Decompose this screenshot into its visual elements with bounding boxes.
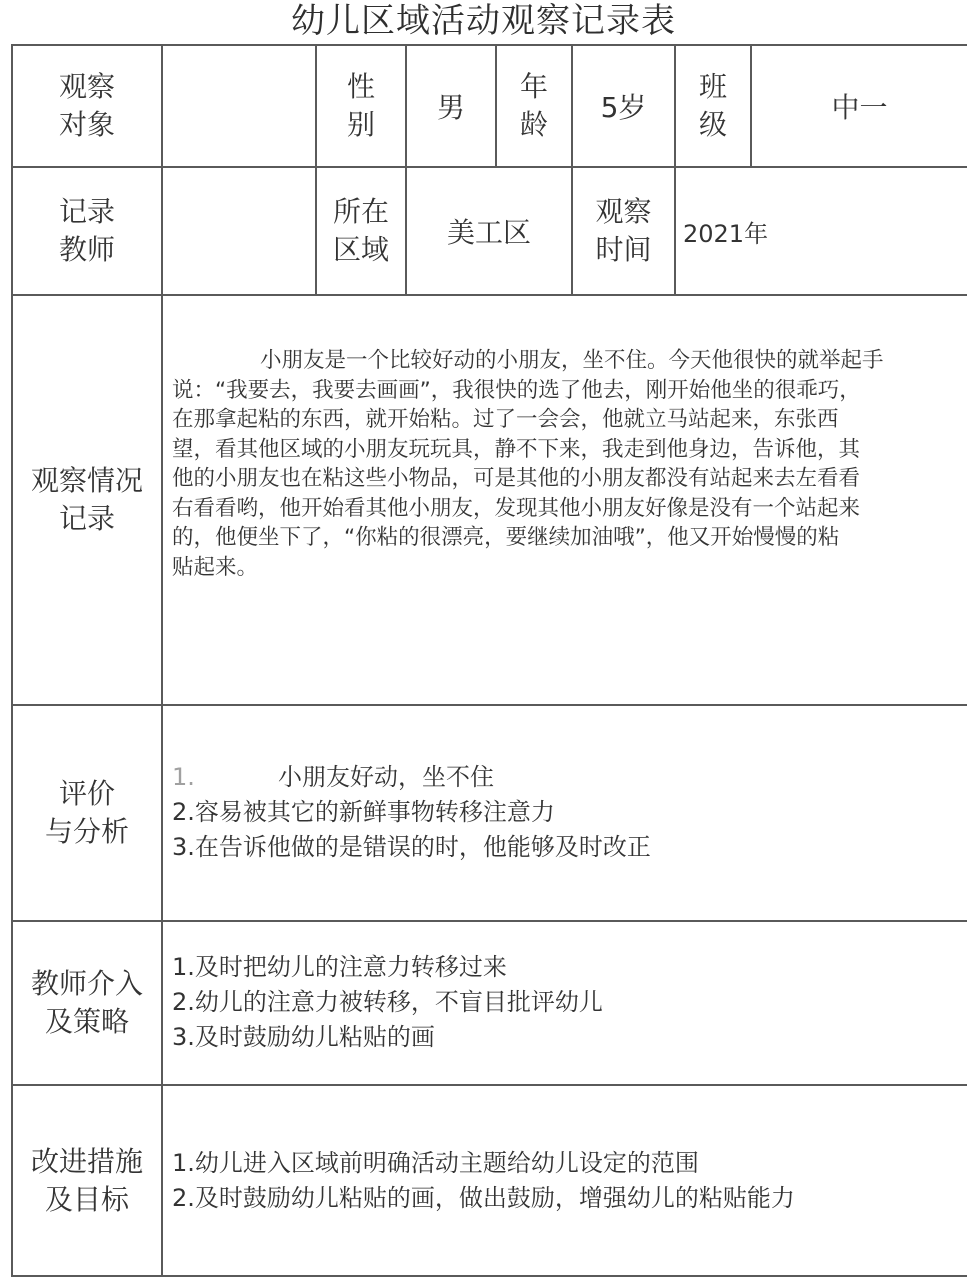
observation-line: 在那拿起粘的东西，就开始粘。过了一会会，他就立马站起来，东张西 [172,405,967,435]
area-label: 所在 区域 [317,168,405,294]
observation-line: 右看看哟，他开始看其他小朋友，发现其他小朋友好像是没有一个站起来 [172,494,967,524]
subject-value [163,46,315,166]
item-number: 1. [172,760,278,795]
time-value: 2021年 [683,168,963,294]
class-label: 班 级 [676,46,750,166]
observation-text: 小朋友是一个比较好动的小朋友，坐不住。今天他很快的就举起手 说：“我要去，我要去… [172,346,967,582]
evaluation-item: 3.在告诉他做的是错误的时，他能够及时改正 [172,830,952,865]
age-label: 年 龄 [497,46,571,166]
teacher-label: 记录 教师 [13,168,161,294]
gender-value: 男 [407,46,495,166]
intervention-item: 1.及时把幼儿的注意力转移过来 [172,950,952,985]
evaluation-item: 1.小朋友好动，坐不住 [172,760,952,795]
evaluation-item: 2.容易被其它的新鲜事物转移注意力 [172,795,952,830]
observation-label: 观察情况 记录 [13,296,161,704]
observation-line: 他的小朋友也在粘这些小物品，可是其他的小朋友都没有站起来去左看看 [172,464,967,494]
time-label: 观察 时间 [573,168,674,294]
item-text: 小朋友好动，坐不住 [278,763,494,791]
table-border-bottom [11,1275,967,1277]
item-text: 容易被其它的新鲜事物转移注意力 [195,798,555,826]
item-text: 在告诉他做的是错误的时，他能够及时改正 [195,833,651,861]
intervention-item: 3.及时鼓励幼儿粘贴的画 [172,1020,952,1055]
evaluation-label: 评价 与分析 [13,706,161,920]
observation-line: 说：“我要去，我要去画画”，我很快的选了他去，刚开始他坐的很乖巧， [172,376,967,406]
subject-label: 观察 对象 [13,46,161,166]
class-value: 中一 [752,46,967,166]
improvement-item: 2.及时鼓励幼儿粘贴的画，做出鼓励，增强幼儿的粘贴能力 [172,1181,952,1216]
observation-line: 的，他便坐下了，“你粘的很漂亮，要继续加油哦”，他又开始慢慢的粘 [172,523,967,553]
document-title: 幼儿区域活动观察记录表 [0,0,967,44]
improvement-item: 1.幼儿进入区域前明确活动主题给幼儿设定的范围 [172,1146,952,1181]
intervention-list: 1.及时把幼儿的注意力转移过来 2.幼儿的注意力被转移，不盲目批评幼儿 3.及时… [172,950,952,1055]
improvement-label: 改进措施 及目标 [13,1086,161,1275]
intervention-item: 2.幼儿的注意力被转移，不盲目批评幼儿 [172,985,952,1020]
gender-label: 性 别 [317,46,405,166]
age-value: 5岁 [573,46,674,166]
teacher-value [163,168,315,294]
observation-line: 贴起来。 [172,553,967,583]
observation-line: 望，看其他区域的小朋友玩玩具，静不下来，我走到他身边，告诉他，其 [172,435,967,465]
intervention-label: 教师介入 及策略 [13,922,161,1084]
observation-line: 小朋友是一个比较好动的小朋友，坐不住。今天他很快的就举起手 [172,346,967,376]
item-number: 2. [172,798,195,826]
area-value: 美工区 [407,168,571,294]
item-number: 3. [172,833,195,861]
evaluation-list: 1.小朋友好动，坐不住 2.容易被其它的新鲜事物转移注意力 3.在告诉他做的是错… [172,760,952,865]
improvement-list: 1.幼儿进入区域前明确活动主题给幼儿设定的范围 2.及时鼓励幼儿粘贴的画，做出鼓… [172,1146,952,1216]
observation-record-table: 观察 对象 性 别 男 年 龄 5岁 班 级 中一 记录 教师 所在 区域 美工… [11,44,967,1276]
